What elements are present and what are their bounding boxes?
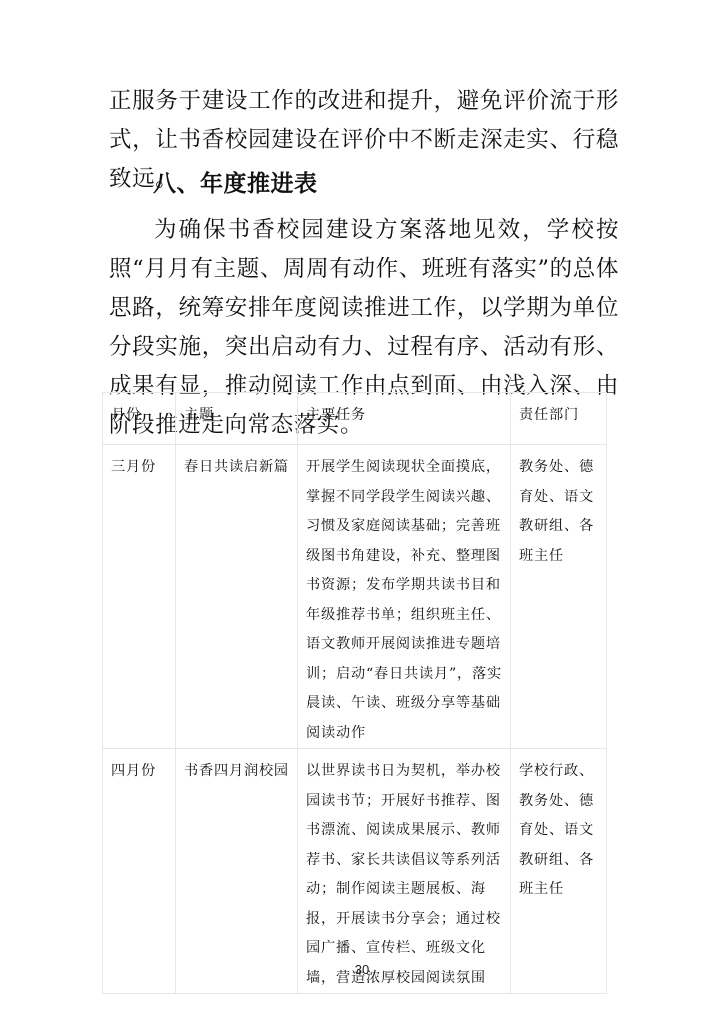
cell-tasks: 以世界读书日为契机，举办校园读书节；开展好书推荐、图书漂流、阅读成果展示、教师荐… [298, 749, 511, 994]
header-month: 月份 [103, 393, 176, 445]
header-departments: 责任部门 [511, 393, 607, 445]
table-row: 三月份 春日共读启新篇 开展学生阅读现状全面摸底，掌握不同学段学生阅读兴趣、习惯… [103, 445, 607, 749]
cell-tasks: 开展学生阅读现状全面摸底，掌握不同学段学生阅读兴趣、习惯及家庭阅读基础；完善班级… [298, 445, 511, 749]
table-row: 四月份 书香四月润校园 以世界读书日为契机，举办校园读书节；开展好书推荐、图书漂… [103, 749, 607, 994]
cell-theme: 书香四月润校园 [176, 749, 298, 994]
cell-departments: 教务处、德育处、语文教研组、各班主任 [511, 445, 607, 749]
cell-departments: 学校行政、教务处、德育处、语文教研组、各班主任 [511, 749, 607, 994]
table-header-row: 月份 主题 主要任务 责任部门 [103, 393, 607, 445]
header-theme: 主题 [176, 393, 298, 445]
page-number: 30 [0, 962, 724, 977]
cell-month: 四月份 [103, 749, 176, 994]
cell-theme: 春日共读启新篇 [176, 445, 298, 749]
cell-month: 三月份 [103, 445, 176, 749]
annual-plan-table: 月份 主题 主要任务 责任部门 三月份 春日共读启新篇 开展学生阅读现状全面摸底… [102, 392, 607, 994]
section-heading: 八、年度推进表 [153, 165, 318, 198]
header-tasks: 主要任务 [298, 393, 511, 445]
